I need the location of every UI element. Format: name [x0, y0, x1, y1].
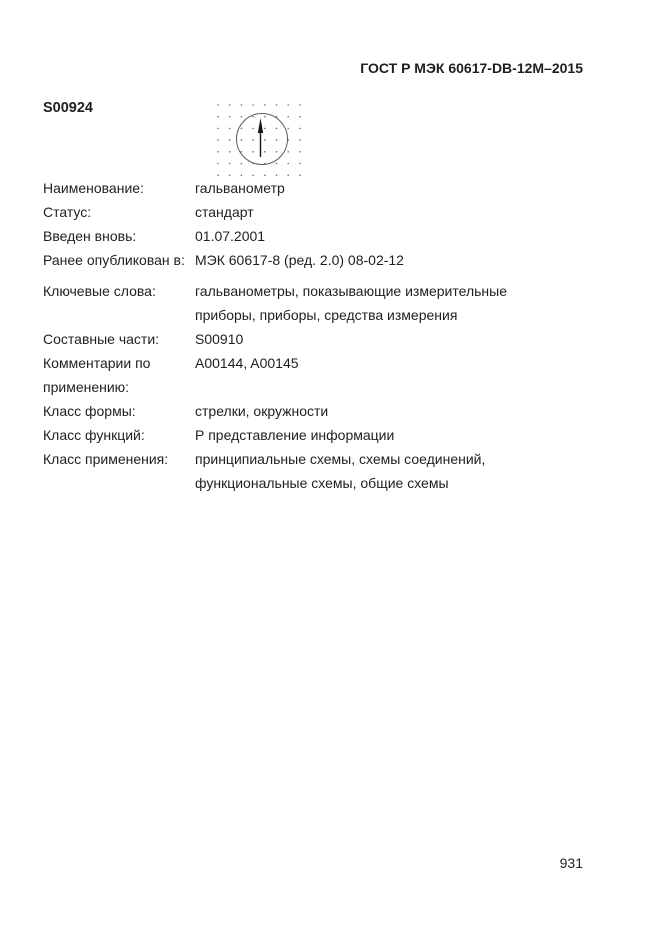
field-label: Класс функций: — [43, 423, 195, 447]
field-row: Ключевые слова:гальванометры, показывающ… — [43, 279, 507, 327]
field-row: Класс формы:стрелки, окружности — [43, 399, 507, 423]
field-row: Класс применения:принципиальные схемы, с… — [43, 447, 507, 495]
needle-arrowhead-icon — [258, 118, 263, 133]
standard-designation: ГОСТ Р МЭК 60617-DB-12M–2015 — [360, 56, 583, 80]
symbol-id: S00924 — [43, 96, 93, 120]
field-label: Класс применения: — [43, 447, 195, 495]
field-label: Ранее опубликован в: — [43, 248, 195, 272]
galvanometer-icon — [217, 99, 312, 185]
symbol-circle-icon — [237, 114, 288, 165]
field-label: Составные части: — [43, 327, 195, 351]
field-row: Составные части:S00910 — [43, 327, 507, 351]
field-label: Комментарии по применению: — [43, 351, 195, 399]
field-value: стандарт — [195, 200, 507, 224]
page-number: 931 — [560, 851, 583, 875]
document-page: { "header": { "standard": "ГОСТ Р МЭК 60… — [0, 0, 661, 936]
field-row: Введен вновь:01.07.2001 — [43, 224, 507, 248]
field-value: гальванометры, показывающие измерительны… — [195, 279, 507, 327]
field-label: Статус: — [43, 200, 195, 224]
field-value: гальванометр — [195, 176, 507, 200]
field-value: 01.07.2001 — [195, 224, 507, 248]
field-row: Комментарии по применению:A00144, A00145 — [43, 351, 507, 399]
field-label: Класс формы: — [43, 399, 195, 423]
field-row: Наименование:гальванометр — [43, 176, 507, 200]
field-row: Ранее опубликован в:МЭК 60617-8 (ред. 2.… — [43, 248, 507, 272]
field-label: Ключевые слова: — [43, 279, 195, 327]
field-value: S00910 — [195, 327, 507, 351]
dot-grid-icon — [217, 104, 301, 176]
field-row: Класс функций:Р представление информации — [43, 423, 507, 447]
field-value: A00144, A00145 — [195, 351, 507, 399]
field-label: Наименование: — [43, 176, 195, 200]
field-row: Статус:стандарт — [43, 200, 507, 224]
field-value: стрелки, окружности — [195, 399, 507, 423]
field-label: Введен вновь: — [43, 224, 195, 248]
field-value: принципиальные схемы, схемы соединений, … — [195, 447, 507, 495]
field-value: Р представление информации — [195, 423, 507, 447]
fields-table: Наименование:гальванометрСтатус:стандарт… — [43, 176, 507, 495]
field-value: МЭК 60617-8 (ред. 2.0) 08-02-12 — [195, 248, 507, 272]
